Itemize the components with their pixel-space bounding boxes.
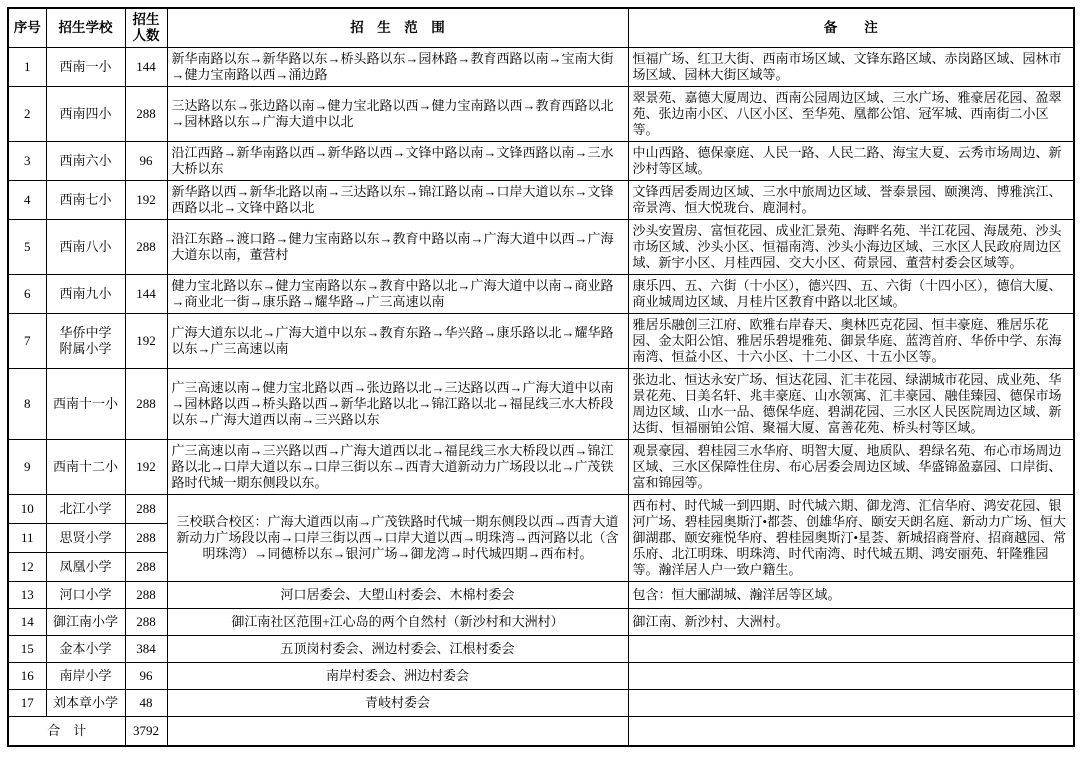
cell-no: 6 [8,275,46,314]
cell-no: 16 [8,663,46,690]
cell-no: 15 [8,636,46,663]
table-row: 13 河口小学 288 河口居委会、大塱山村委会、木棉村委会 包含：恒大郦湖城、… [8,582,1074,609]
total-row: 合 计 3792 [8,717,1074,747]
table-row: 5 西南八小 288 沿江东路→渡口路→健力宝南路以东→教育中路以南→广海大道中… [8,220,1074,275]
total-remark [628,717,1074,747]
cell-school: 御江南小学 [46,609,125,636]
cell-school: 凤凰小学 [46,553,125,582]
cell-remark: 张边北、恒达永安广场、恒达花园、汇丰花园、绿湖城市花园、成业苑、华景花苑、日美名… [628,369,1074,440]
cell-students: 288 [125,609,167,636]
cell-school: 南岸小学 [46,663,125,690]
cell-no: 11 [8,524,46,553]
enrollment-table: 序号 招生学校 招生 人数 招 生 范 围 备 注 1 西南一小 144 新华南… [7,7,1075,747]
cell-students: 288 [125,220,167,275]
cell-remark: 中山西路、德保豪庭、人民一路、人民二路、海宝大夏、云秀市场周边、新沙村等区域。 [628,142,1074,181]
cell-no: 10 [8,495,46,524]
table-row: 15 金本小学 384 五顶岗村委会、洲边村委会、江根村委会 [8,636,1074,663]
cell-school: 西南十二小 [46,440,125,495]
cell-range: 青岐村委会 [167,690,628,717]
cell-school: 思贤小学 [46,524,125,553]
table-row: 16 南岸小学 96 南岸村委会、洲边村委会 [8,663,1074,690]
cell-remark: 包含：恒大郦湖城、瀚洋居等区域。 [628,582,1074,609]
table-row: 3 西南六小 96 沿江西路→新华南路以西→新华路以西→文锋中路以南→文锋西路以… [8,142,1074,181]
cell-range: 河口居委会、大塱山村委会、木棉村委会 [167,582,628,609]
cell-range-joint: 三校联合校区：广海大道西以南→广茂铁路时代城一期东侧段以西→西青大道新动力广场段… [167,495,628,582]
cell-school: 北江小学 [46,495,125,524]
cell-remark: 康乐四、五、六街（十小区），德兴四、五、六街（十四小区），德信大厦、商业城周边区… [628,275,1074,314]
cell-students: 288 [125,553,167,582]
cell-students: 288 [125,582,167,609]
cell-range: 南岸村委会、洲边村委会 [167,663,628,690]
cell-range: 五顶岗村委会、洲边村委会、江根村委会 [167,636,628,663]
table-row: 1 西南一小 144 新华南路以东→新华路以东→桥头路以东→园林路→教育西路以南… [8,48,1074,87]
cell-range: 沿江西路→新华南路以西→新华路以西→文锋中路以南→文锋西路以南→三水大桥以东 [167,142,628,181]
cell-no: 8 [8,369,46,440]
cell-remark: 翠景苑、嘉德大厦周边、西南公园周边区域、三水广场、雅豪居花园、盈翠苑、张边南小区… [628,87,1074,142]
cell-school: 西南六小 [46,142,125,181]
table-row: 8 西南十一小 288 广三高速以南→健力宝北路以西→张边路以北→三达路以西→广… [8,369,1074,440]
cell-range: 广海大道东以北→广海大道中以东→教育东路→华兴路→康乐路以北→耀华路以东→广三高… [167,314,628,369]
cell-school: 西南八小 [46,220,125,275]
cell-no: 3 [8,142,46,181]
cell-no: 1 [8,48,46,87]
header-row: 序号 招生学校 招生 人数 招 生 范 围 备 注 [8,8,1074,48]
header-no: 序号 [8,8,46,48]
cell-school: 金本小学 [46,636,125,663]
cell-school: 西南七小 [46,181,125,220]
cell-range: 新华南路以东→新华路以东→桥头路以东→园林路→教育西路以南→宝南大街→健力宝南路… [167,48,628,87]
cell-remark [628,690,1074,717]
cell-no: 5 [8,220,46,275]
cell-remark: 雅居乐融创三江府、欧雅右岸春天、奥林匹克花园、恒丰豪庭、雅居乐花园、金太阳公馆、… [628,314,1074,369]
cell-range: 健力宝北路以东→健力宝南路以东→教育中路以北→广海大道中以南→商业路→商业北一街… [167,275,628,314]
cell-students: 288 [125,524,167,553]
cell-school: 河口小学 [46,582,125,609]
cell-students: 192 [125,314,167,369]
cell-range: 御江南社区范围+江心岛的两个自然村（新沙村和大洲村） [167,609,628,636]
header-students: 招生 人数 [125,8,167,48]
document-page: 序号 招生学校 招生 人数 招 生 范 围 备 注 1 西南一小 144 新华南… [0,0,1080,764]
cell-students: 144 [125,48,167,87]
table-row: 7 华侨中学 附属小学 192 广海大道东以北→广海大道中以东→教育东路→华兴路… [8,314,1074,369]
cell-students: 192 [125,440,167,495]
table-row: 2 西南四小 288 三达路以东→张边路以南→健力宝北路以西→健力宝南路以西→教… [8,87,1074,142]
cell-no: 7 [8,314,46,369]
cell-school: 西南九小 [46,275,125,314]
total-students: 3792 [125,717,167,747]
cell-no: 4 [8,181,46,220]
total-range [167,717,628,747]
cell-no: 17 [8,690,46,717]
cell-students: 384 [125,636,167,663]
header-school: 招生学校 [46,8,125,48]
table-header: 序号 招生学校 招生 人数 招 生 范 围 备 注 [8,8,1074,48]
cell-students: 288 [125,87,167,142]
cell-no: 12 [8,553,46,582]
cell-remark-joint: 西布村、时代城一到四期、时代城六期、御龙湾、汇信华府、鸿安花园、银河广场、碧桂园… [628,495,1074,582]
cell-range: 新华路以西→新华北路以南→三达路以东→锦江路以南→口岸大道以东→文锋西路以北→文… [167,181,628,220]
table-row: 4 西南七小 192 新华路以西→新华北路以南→三达路以东→锦江路以南→口岸大道… [8,181,1074,220]
cell-range: 广三高速以南→健力宝北路以西→张边路以北→三达路以西→广海大道中以南→园林路以西… [167,369,628,440]
cell-range: 沿江东路→渡口路→健力宝南路以东→教育中路以南→广海大道中以西→广海大道东以南，… [167,220,628,275]
header-range: 招 生 范 围 [167,8,628,48]
cell-school: 西南四小 [46,87,125,142]
table-row: 6 西南九小 144 健力宝北路以东→健力宝南路以东→教育中路以北→广海大道中以… [8,275,1074,314]
table-row: 14 御江南小学 288 御江南社区范围+江心岛的两个自然村（新沙村和大洲村） … [8,609,1074,636]
cell-students: 192 [125,181,167,220]
cell-remark: 沙头安置房、富恒花园、成业汇景苑、海畔名苑、半江花园、海晟苑、沙头市场区域、沙头… [628,220,1074,275]
cell-no: 14 [8,609,46,636]
total-label: 合 计 [8,717,125,747]
table-body: 1 西南一小 144 新华南路以东→新华路以东→桥头路以东→园林路→教育西路以南… [8,48,1074,747]
cell-no: 9 [8,440,46,495]
cell-students: 288 [125,369,167,440]
cell-remark: 恒福广场、红卫大街、西南市场区域、文锋东路区域、赤岗路区域、园林市场区域、园林大… [628,48,1074,87]
cell-students: 144 [125,275,167,314]
cell-school: 西南十一小 [46,369,125,440]
cell-range: 广三高速以南→三兴路以西→广海大道西以北→福昆线三水大桥段以西→锦江路以北→口岸… [167,440,628,495]
cell-school: 西南一小 [46,48,125,87]
cell-school: 华侨中学 附属小学 [46,314,125,369]
cell-remark: 观景豪园、碧桂园三水华府、明智大厦、地质队、碧绿名苑、布心市场周边区域、三水区保… [628,440,1074,495]
cell-remark [628,636,1074,663]
cell-students: 96 [125,663,167,690]
cell-remark [628,663,1074,690]
cell-range: 三达路以东→张边路以南→健力宝北路以西→健力宝南路以西→教育西路以北→园林路以东… [167,87,628,142]
cell-students: 48 [125,690,167,717]
cell-students: 96 [125,142,167,181]
table-row: 9 西南十二小 192 广三高速以南→三兴路以西→广海大道西以北→福昆线三水大桥… [8,440,1074,495]
header-remark: 备 注 [628,8,1074,48]
cell-school: 刘本章小学 [46,690,125,717]
cell-students: 288 [125,495,167,524]
table-row: 17 刘本章小学 48 青岐村委会 [8,690,1074,717]
table-row-joint: 10 北江小学 288 三校联合校区：广海大道西以南→广茂铁路时代城一期东侧段以… [8,495,1074,524]
cell-no: 13 [8,582,46,609]
cell-no: 2 [8,87,46,142]
cell-remark: 御江南、新沙村、大洲村。 [628,609,1074,636]
cell-remark: 文锋西居委周边区域、三水中旅周边区域、誉泰景园、颐澳湾、博雅滨江、帝景湾、恒大悦… [628,181,1074,220]
